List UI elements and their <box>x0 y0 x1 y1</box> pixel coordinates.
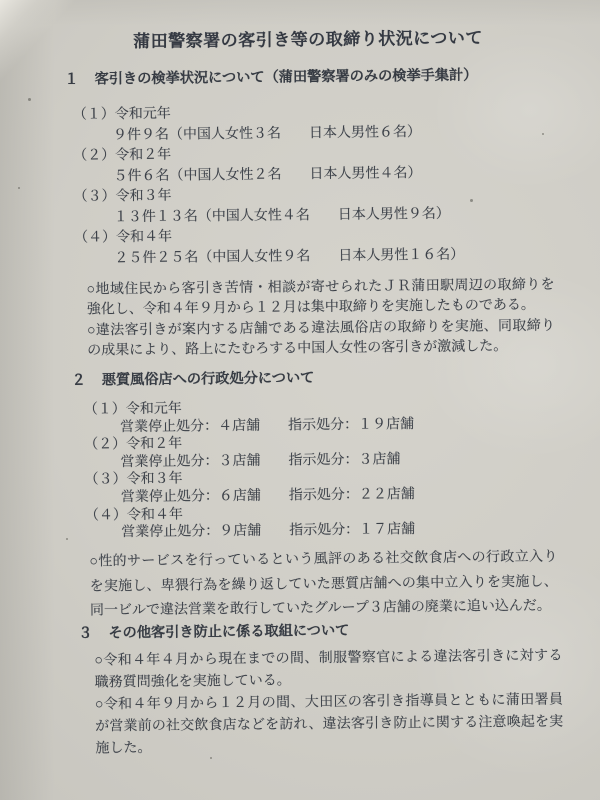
note-paragraph: ○地域住民から客引き苦情・相談が寄せられたＪＲ蒲田駅周辺の取締りを強化し、令和４… <box>87 276 555 322</box>
note-paragraph: ○性的サービスを行っているという風評のある社交飲食店への行政立入りを実施し、卑猥… <box>89 546 558 624</box>
section-2-heading: ２悪質風俗店への行政処分について <box>71 367 314 390</box>
year-detail: 営業停止処分：６店舗 指示処分：２２店舗 <box>85 486 415 507</box>
section-1-number: １ <box>64 69 78 89</box>
section-2-notes: ○性的サービスを行っているという風評のある社交飲食店への行政立入りを実施し、卑猥… <box>89 546 558 624</box>
note-paragraph: ○違法客引きが案内する店舗である違法風俗店の取締りを実施、同取締りの成果により、… <box>87 316 555 362</box>
document-page: { "doc": { "title": "蒲田警察署の客引き等の取締り状況につい… <box>0 0 600 800</box>
year-detail: ５件６名（中国人女性２名 日本人男性４名） <box>73 163 463 188</box>
section-2-number: ２ <box>71 370 85 390</box>
section-1-heading: １客引きの検挙状況について（蒲田警察署のみの検挙手集計） <box>64 64 477 88</box>
note-paragraph: ○令和４年４月から現在までの間、制服警察官による違法客引きに対する職務質問強化を… <box>94 646 562 695</box>
document-content: 蒲田警察署の客引き等の取締り状況について １客引きの検挙状況について（蒲田警察署… <box>0 0 600 800</box>
year-detail: ９件９名（中国人女性３名 日本人男性６名） <box>73 122 463 147</box>
list-item: （４）令和４年 営業停止処分：９店舗 指示処分：１７店舗 <box>85 504 415 543</box>
note-paragraph: ○令和４年９月から１２月の間、大田区の客引き指導員とともに蒲田署員が営業前の社交… <box>95 690 564 761</box>
section-1-heading-text: 客引きの検挙状況について（蒲田警察署のみの検挙手集計） <box>95 67 478 87</box>
year-detail: 営業停止処分：９店舗 指示処分：１７店舗 <box>85 521 415 542</box>
list-item: （３）令和３年 １３件１３名（中国人女性４名 日本人男性９名） <box>74 184 464 229</box>
year-detail: ２５件２５名（中国人女性９名 日本人男性１６名） <box>74 245 464 270</box>
list-item: （１）令和元年 ９件９名（中国人女性３名 日本人男性６名） <box>73 102 463 147</box>
section-2-heading-text: 悪質風俗店への行政処分について <box>102 370 315 388</box>
section-1-items: （１）令和元年 ９件９名（中国人女性３名 日本人男性６名） （２）令和２年 ５件… <box>73 102 465 270</box>
document-title: 蒲田警察署の客引き等の取締り状況について <box>12 22 600 53</box>
section-3-number: ３ <box>78 622 92 642</box>
section-2-items: （１）令和元年 営業停止処分：４店舗 指示処分：１９店舗 （２）令和２年 営業停… <box>84 398 415 542</box>
list-item: （２）令和２年 ５件６名（中国人女性２名 日本人男性４名） <box>73 143 463 188</box>
list-item: （３）令和３年 営業停止処分：６店舗 指示処分：２２店舗 <box>85 468 415 507</box>
section-3-notes: ○令和４年４月から現在までの間、制服警察官による違法客引きに対する職務質問強化を… <box>94 646 563 761</box>
section-1-notes: ○地域住民から客引き苦情・相談が寄せられたＪＲ蒲田駅周辺の取締りを強化し、令和４… <box>87 276 556 363</box>
list-item: （２）令和２年 営業停止処分：３店舗 指示処分：３店舗 <box>84 433 414 472</box>
year-detail: 営業停止処分：４店舗 指示処分：１９店舗 <box>84 416 414 437</box>
year-detail: １３件１３名（中国人女性４名 日本人男性９名） <box>74 204 464 229</box>
section-3-heading-text: その他客引き防止に係る取組について <box>108 623 349 642</box>
list-item: （１）令和元年 営業停止処分：４店舗 指示処分：１９店舗 <box>84 398 414 437</box>
section-3-heading: ３その他客引き防止に係る取組について <box>78 620 349 643</box>
list-item: （４）令和４年 ２５件２５名（中国人女性９名 日本人男性１６名） <box>74 225 464 270</box>
